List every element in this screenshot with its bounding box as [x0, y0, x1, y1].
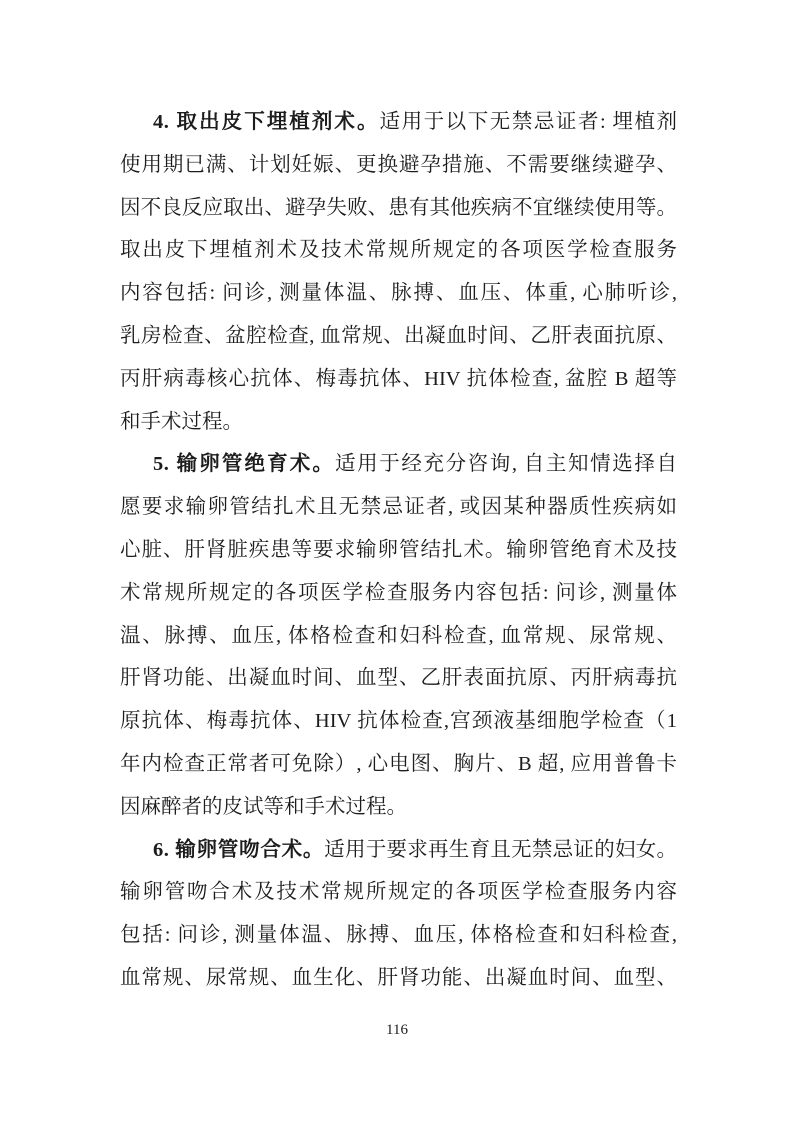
text-line: 5. 输卵管绝育术。适用于经充分咨询, 自主知情选择自	[120, 443, 677, 486]
text-line: 原抗体、梅毒抗体、HIV 抗体检查,宫颈液基细胞学检查（1	[120, 700, 677, 743]
text-line: 血常规、尿常规、血生化、肝肾功能、出凝血时间、血型、	[120, 957, 677, 1000]
page-number: 116	[0, 1022, 794, 1039]
paragraph-heading: 4. 取出皮下埋植剂术。	[153, 111, 380, 133]
text-line: 丙肝病毒核心抗体、梅毒抗体、HIV 抗体检查, 盆腔 B 超等	[120, 358, 677, 401]
text-line: 肝肾功能、出凝血时间、血型、乙肝表面抗原、丙肝病毒抗	[120, 657, 677, 700]
text-line: 年内检查正常者可免除）, 心电图、胸片、B 超, 应用普鲁卡	[120, 743, 677, 786]
document-page: 4. 取出皮下埋植剂术。适用于以下无禁忌证者: 埋植剂使用期已满、计划妊娠、更换…	[0, 0, 794, 1122]
text-line: 4. 取出皮下埋植剂术。适用于以下无禁忌证者: 埋植剂	[120, 101, 677, 144]
paragraph: 4. 取出皮下埋植剂术。适用于以下无禁忌证者: 埋植剂使用期已满、计划妊娠、更换…	[120, 101, 677, 443]
text-line: 术常规所规定的各项医学检查服务内容包括: 问诊, 测量体	[120, 572, 677, 615]
text-line: 心脏、肝肾脏疾患等要求输卵管结扎术。输卵管绝育术及技	[120, 529, 677, 572]
text-line: 取出皮下埋植剂术及技术常规所规定的各项医学检查服务	[120, 229, 677, 272]
text-line: 内容包括: 问诊, 测量体温、脉搏、血压、体重, 心肺听诊,	[120, 272, 677, 315]
text-line: 因不良反应取出、避孕失败、患有其他疾病不宜继续使用等。	[120, 187, 677, 230]
text-line: 乳房检查、盆腔检查, 血常规、出凝血时间、乙肝表面抗原、	[120, 315, 677, 358]
text-line: 6. 输卵管吻合术。适用于要求再生育且无禁忌证的妇女。	[120, 829, 677, 872]
paragraph: 6. 输卵管吻合术。适用于要求再生育且无禁忌证的妇女。输卵管吻合术及技术常规所规…	[120, 829, 677, 1000]
paragraph: 5. 输卵管绝育术。适用于经充分咨询, 自主知情选择自愿要求输卵管结扎术且无禁忌…	[120, 443, 677, 828]
text-line: 愿要求输卵管结扎术且无禁忌证者, 或因某种器质性疾病如	[120, 486, 677, 529]
text-line: 温、脉搏、血压, 体格检查和妇科检查, 血常规、尿常规、	[120, 615, 677, 658]
text-line: 输卵管吻合术及技术常规所规定的各项医学检查服务内容	[120, 871, 677, 914]
page-body-text: 4. 取出皮下埋植剂术。适用于以下无禁忌证者: 埋植剂使用期已满、计划妊娠、更换…	[120, 101, 677, 1000]
text-line: 因麻醉者的皮试等和手术过程。	[120, 786, 677, 829]
paragraph-heading: 6. 输卵管吻合术。	[153, 839, 324, 861]
text-line: 包括: 问诊, 测量体温、脉搏、血压, 体格检查和妇科检查,	[120, 914, 677, 957]
text-line: 使用期已满、计划妊娠、更换避孕措施、不需要继续避孕、	[120, 144, 677, 187]
paragraph-heading: 5. 输卵管绝育术。	[153, 453, 335, 475]
text-line: 和手术过程。	[120, 401, 677, 444]
